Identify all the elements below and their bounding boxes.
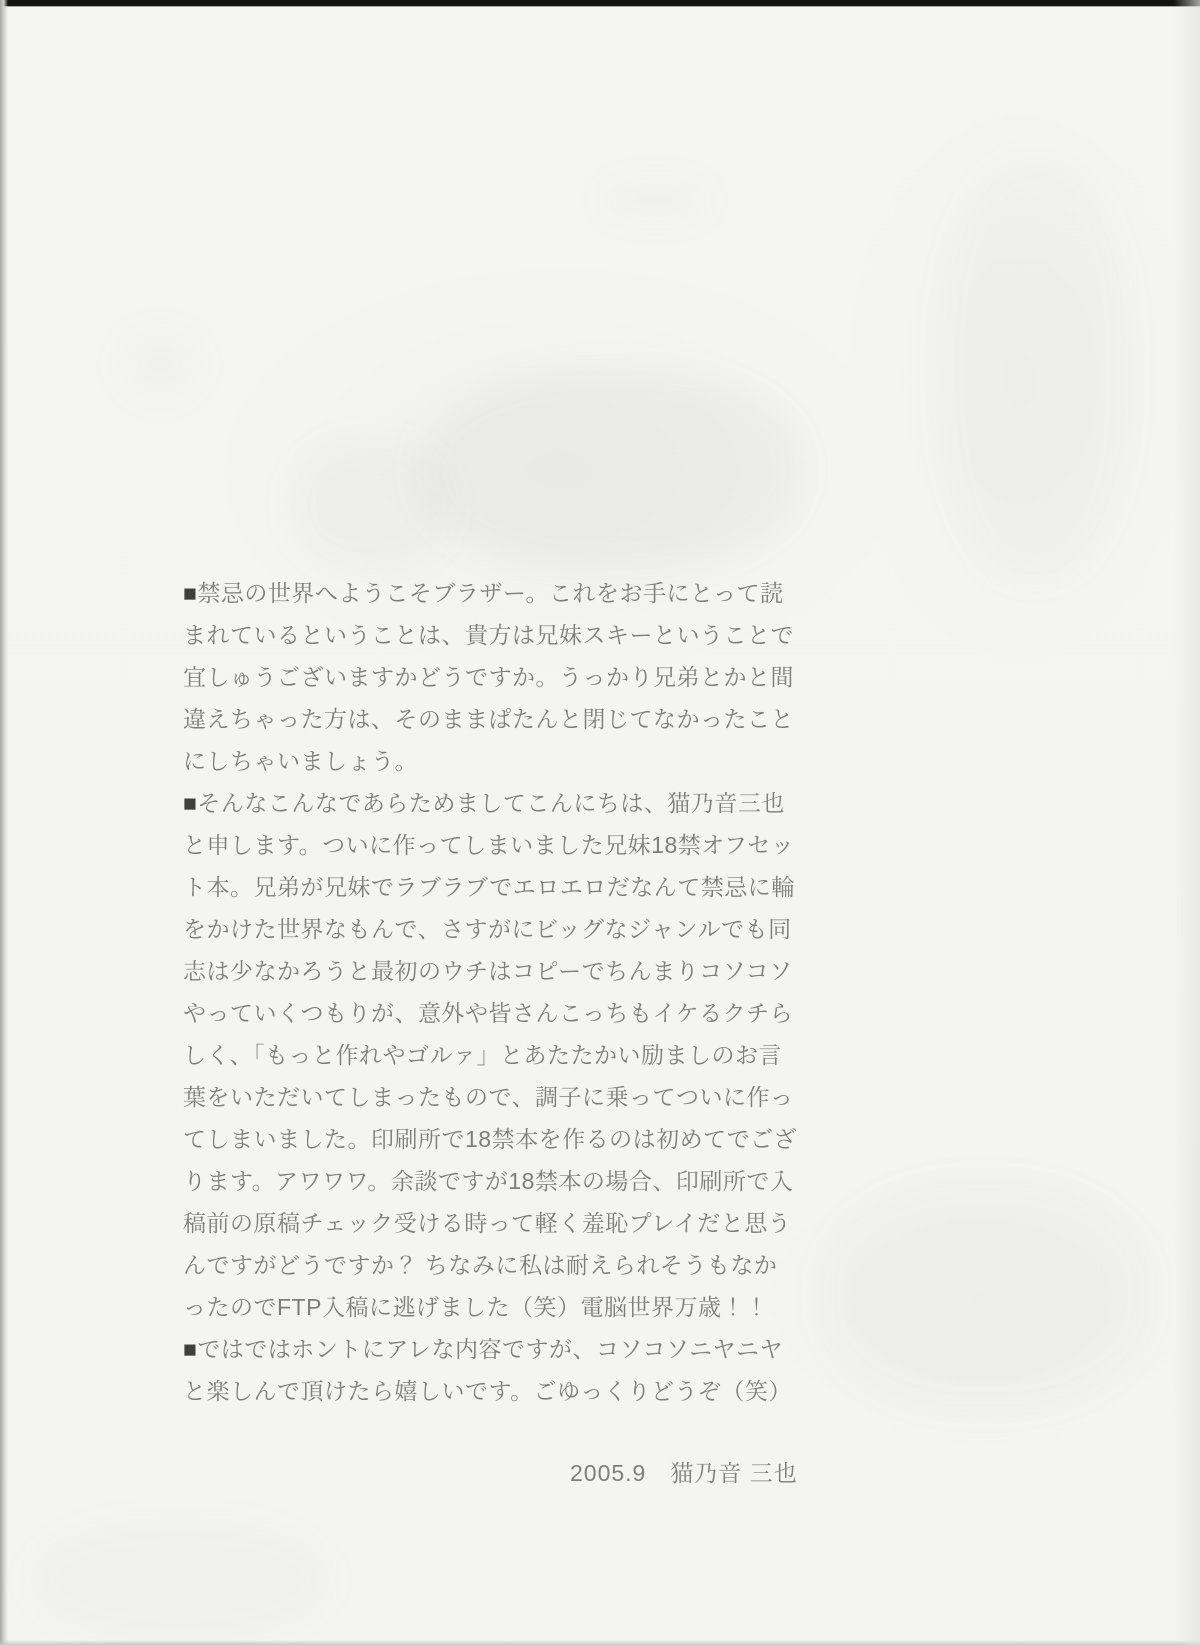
ghost-blob [120, 330, 200, 400]
paragraph-bullet: ■ [183, 790, 197, 816]
text-line-content: 葉をいただいてしまったもので、調子に乗ってついに作っ [183, 1084, 794, 1110]
text-line-content: んですがどうですか？ ちなみに私は耐えられそうもなか [183, 1252, 777, 1278]
ghost-blob [820, 1180, 1150, 1410]
text-line-content: ト本。兄弟が兄妹でラブラブでエロエロだなんて禁忌に輪 [183, 874, 795, 900]
text-line: ったのでFTP入稿に逃げました（笑）電脳世界万歳！！ [183, 1286, 823, 1328]
text-line: やっていくつもりが、意外や皆さんこっちもイケるクチら [183, 992, 823, 1034]
page-right-scan-shadow [1174, 0, 1200, 1645]
text-line: ります。アワワワ。余談ですが18禁本の場合、印刷所で入 [183, 1160, 823, 1202]
scanned-afterword-page: ■禁忌の世界へようこそブラザー。これをお手にとって読 まれているということは、貴… [0, 0, 1200, 1645]
text-line-content: 志は少なかろうと最初のウチはコピーでちんまりコソコソ [183, 958, 793, 984]
text-line-content: てしまいました。印刷所で18禁本を作るのは初めてでござ [183, 1126, 797, 1152]
text-line-content: ではではホントにアレな内容ですが、コソコソニヤニヤ [197, 1336, 783, 1362]
ghost-blob [30, 1520, 330, 1640]
text-line: ト本。兄弟が兄妹でラブラブでエロエロだなんて禁忌に輪 [183, 866, 823, 908]
signature-line: 2005.9 猫乃音 三也 [570, 1452, 798, 1494]
text-line: 違えちゃった方は、そのままぱたんと閉じてなかったこと [183, 698, 823, 740]
page-top-scan-border [0, 0, 1200, 6]
ghost-blob [420, 370, 800, 570]
text-line: んですがどうですか？ ちなみに私は耐えられそうもなか [183, 1244, 823, 1286]
text-line-content: ります。アワワワ。余談ですが18禁本の場合、印刷所で入 [183, 1168, 793, 1194]
text-line-content: 禁忌の世界へようこそブラザー。これをお手にとって読 [197, 580, 783, 606]
text-line: てしまいました。印刷所で18禁本を作るのは初めてでござ [183, 1118, 823, 1160]
text-line-content: にしちゃいましょう。 [183, 748, 418, 774]
text-line-content: 違えちゃった方は、そのままぱたんと閉じてなかったこと [183, 706, 794, 732]
text-line: 志は少なかろうと最初のウチはコピーでちんまりコソコソ [183, 950, 823, 992]
text-line: にしちゃいましょう。 [183, 740, 823, 782]
paragraph-bullet: ■ [183, 1336, 197, 1362]
text-line-content: 稿前の原稿チェック受ける時って軽く羞恥プレイだと思う [183, 1210, 791, 1236]
text-line-content: と楽しんで頂けたら嬉しいです。ごゆっくりどうぞ（笑） [183, 1378, 792, 1404]
paragraph-bullet: ■ [183, 580, 197, 606]
text-line: ■禁忌の世界へようこそブラザー。これをお手にとって読 [183, 572, 823, 614]
page-left-scan-edge [0, 0, 8, 1645]
text-line: 宜しゅうございますかどうですか。うっかり兄弟とかと間 [183, 656, 823, 698]
text-line-content: そんなこんなであらためましてこんにちは、猫乃音三也 [197, 790, 785, 816]
text-line: と申します。ついに作ってしまいました兄妹18禁オフセッ [183, 824, 823, 866]
text-line-content: 宜しゅうございますかどうですか。うっかり兄弟とかと間 [183, 664, 794, 690]
text-line-content: をかけた世界なもんで、さすがにビッグなジャンルでも同 [183, 916, 792, 942]
text-line: ■ではではホントにアレな内容ですが、コソコソニヤニヤ [183, 1328, 823, 1370]
text-line: ■そんなこんなであらためましてこんにちは、猫乃音三也 [183, 782, 823, 824]
ghost-blob [600, 180, 710, 220]
text-line: と楽しんで頂けたら嬉しいです。ごゆっくりどうぞ（笑） [183, 1370, 823, 1412]
ghost-blob [940, 160, 1130, 580]
text-line-content: やっていくつもりが、意外や皆さんこっちもイケるクチら [183, 1000, 793, 1026]
text-line: しく、「もっと作れやゴルァ」とあたたかい励ましのお言 [183, 1034, 823, 1076]
ghost-blob [290, 440, 450, 570]
text-line: 稿前の原稿チェック受ける時って軽く羞恥プレイだと思う [183, 1202, 823, 1244]
text-line: まれているということは、貴方は兄妹スキーということで [183, 614, 823, 656]
text-line-content: ったのでFTP入稿に逃げました（笑）電脳世界万歳！！ [183, 1294, 768, 1320]
text-line-content: まれているということは、貴方は兄妹スキーということで [183, 622, 794, 648]
text-line: をかけた世界なもんで、さすがにビッグなジャンルでも同 [183, 908, 823, 950]
text-line-content: と申します。ついに作ってしまいました兄妹18禁オフセッ [183, 832, 794, 858]
text-line: 葉をいただいてしまったもので、調子に乗ってついに作っ [183, 1076, 823, 1118]
text-line-content: しく、「もっと作れやゴルァ」とあたたかい励ましのお言 [183, 1042, 782, 1068]
afterword-text-block: ■禁忌の世界へようこそブラザー。これをお手にとって読 まれているということは、貴… [183, 572, 823, 1412]
page-bottom-scan-edge [0, 1640, 1200, 1645]
